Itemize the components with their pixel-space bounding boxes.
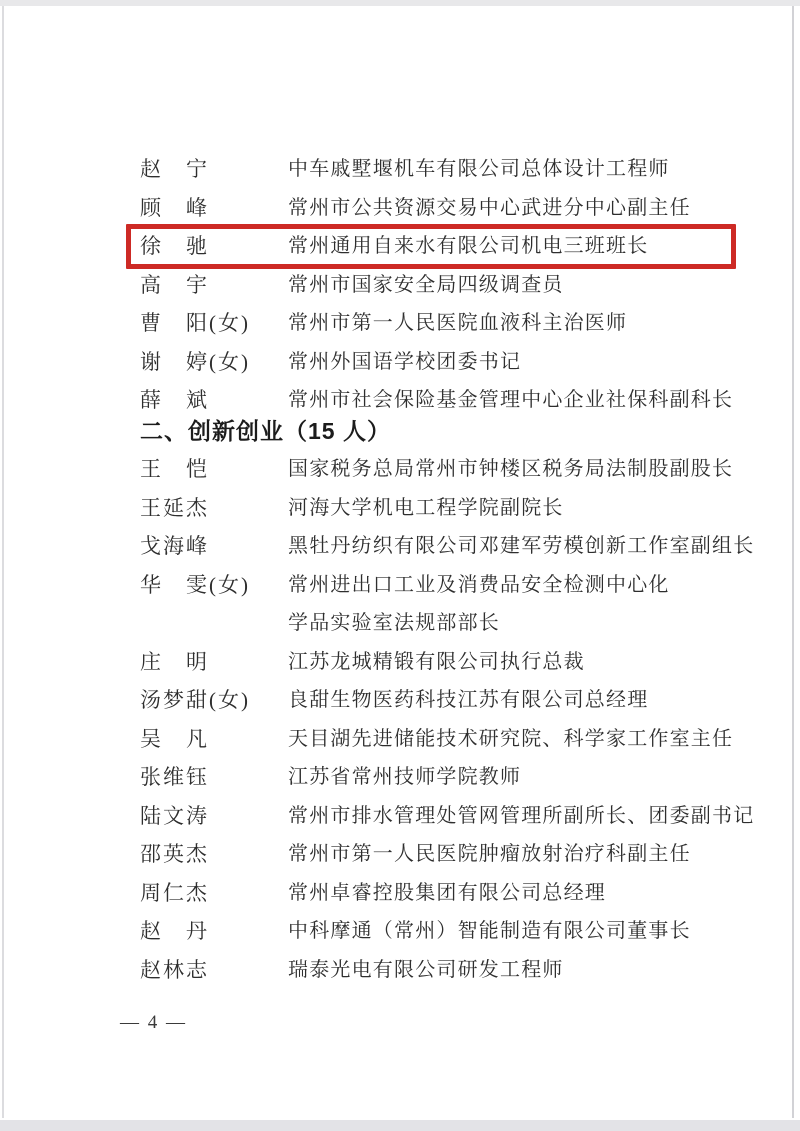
person-name: 张维钰 [140,758,288,797]
person-name: 徐 驰 [140,227,288,266]
person-title: 中车戚墅堰机车有限公司总体设计工程师 [288,150,760,189]
list-item: 王 恺国家税务总局常州市钟楼区税务局法制股副股长 [140,450,760,489]
person-title: 常州市公共资源交易中心武进分中心副主任 [288,189,760,228]
person-title: 常州市排水管理处管网管理所副所长、团委副书记 [288,797,760,836]
list-item: 徐 驰常州通用自来水有限公司机电三班班长 [140,227,760,266]
person-title: 常州市第一人民医院血液科主治医师 [288,304,760,343]
person-title: 中科摩通（常州）智能制造有限公司董事长 [288,912,760,951]
list-item: 赵 丹中科摩通（常州）智能制造有限公司董事长 [140,912,760,951]
scan-edge-bottom [0,1120,800,1131]
person-title: 常州通用自来水有限公司机电三班班长 [288,227,760,266]
page-number: — 4 — [120,1012,187,1034]
person-name: 王延杰 [140,489,288,528]
person-name: 曹 阳(女) [140,304,288,343]
person-title: 天目湖先进储能技术研究院、科学家工作室主任 [288,720,760,759]
scanned-document: 赵 宁中车戚墅堰机车有限公司总体设计工程师顾 峰常州市公共资源交易中心武进分中心… [0,0,800,1131]
person-title: 常州卓睿控股集团有限公司总经理 [288,874,760,913]
section-1-entries: 赵 宁中车戚墅堰机车有限公司总体设计工程师顾 峰常州市公共资源交易中心武进分中心… [140,150,760,420]
person-name: 邵英杰 [140,835,288,874]
list-item: 汤梦甜(女)良甜生物医药科技江苏有限公司总经理 [140,681,760,720]
list-item: 吴 凡天目湖先进储能技术研究院、科学家工作室主任 [140,720,760,759]
list-item: 顾 峰常州市公共资源交易中心武进分中心副主任 [140,189,760,228]
person-title: 常州市社会保险基金管理中心企业社保科副科长 [288,381,760,420]
person-title: 常州外国语学校团委书记 [288,343,760,382]
list-item: 邵英杰常州市第一人民医院肿瘤放射治疗科副主任 [140,835,760,874]
list-item: 陆文涛常州市排水管理处管网管理所副所长、团委副书记 [140,797,760,836]
list-item: 高 宇常州市国家安全局四级调查员 [140,266,760,305]
person-title: 河海大学机电工程学院副院长 [288,489,760,528]
person-title: 国家税务总局常州市钟楼区税务局法制股副股长 [288,450,760,489]
list-item: 周仁杰常州卓睿控股集团有限公司总经理 [140,874,760,913]
person-name: 陆文涛 [140,797,288,836]
person-name: 戈海峰 [140,527,288,566]
person-title: 瑞泰光电有限公司研发工程师 [288,951,760,990]
document-page: 赵 宁中车戚墅堰机车有限公司总体设计工程师顾 峰常州市公共资源交易中心武进分中心… [4,6,792,1118]
person-name: 吴 凡 [140,720,288,759]
section-2-entries: 王 恺国家税务总局常州市钟楼区税务局法制股副股长王延杰河海大学机电工程学院副院长… [140,450,760,989]
person-name: 汤梦甜(女) [140,681,288,720]
list-item: 戈海峰黑牡丹纺织有限公司邓建军劳模创新工作室副组长 [140,527,760,566]
person-name: 华 雯(女) [140,566,288,605]
scan-edge-right [792,6,794,1118]
person-name: 周仁杰 [140,874,288,913]
list-item: 庄 明江苏龙城精锻有限公司执行总裁 [140,643,760,682]
person-name: 谢 婷(女) [140,343,288,382]
person-name: 高 宇 [140,266,288,305]
list-item: 赵林志瑞泰光电有限公司研发工程师 [140,951,760,990]
award-list: 赵 宁中车戚墅堰机车有限公司总体设计工程师顾 峰常州市公共资源交易中心武进分中心… [140,150,760,989]
list-item: 华 雯(女)常州进出口工业及消费品安全检测中心化 学品实验室法规部部长 [140,566,760,643]
person-name: 庄 明 [140,643,288,682]
person-name: 赵 宁 [140,150,288,189]
person-name: 薛 斌 [140,381,288,420]
person-title: 江苏龙城精锻有限公司执行总裁 [288,643,760,682]
person-title: 常州市第一人民医院肿瘤放射治疗科副主任 [288,835,760,874]
person-title: 常州进出口工业及消费品安全检测中心化 学品实验室法规部部长 [288,566,760,643]
list-item: 张维钰江苏省常州技师学院教师 [140,758,760,797]
list-item: 曹 阳(女)常州市第一人民医院血液科主治医师 [140,304,760,343]
list-item: 赵 宁中车戚墅堰机车有限公司总体设计工程师 [140,150,760,189]
person-name: 赵林志 [140,951,288,990]
list-item: 薛 斌常州市社会保险基金管理中心企业社保科副科长 [140,381,760,420]
person-title: 黑牡丹纺织有限公司邓建军劳模创新工作室副组长 [288,527,760,566]
person-name: 赵 丹 [140,912,288,951]
person-title: 良甜生物医药科技江苏有限公司总经理 [288,681,760,720]
person-name: 顾 峰 [140,189,288,228]
person-title: 江苏省常州技师学院教师 [288,758,760,797]
list-item: 谢 婷(女)常州外国语学校团委书记 [140,343,760,382]
person-title: 常州市国家安全局四级调查员 [288,266,760,305]
person-name: 王 恺 [140,450,288,489]
list-item: 王延杰河海大学机电工程学院副院长 [140,489,760,528]
